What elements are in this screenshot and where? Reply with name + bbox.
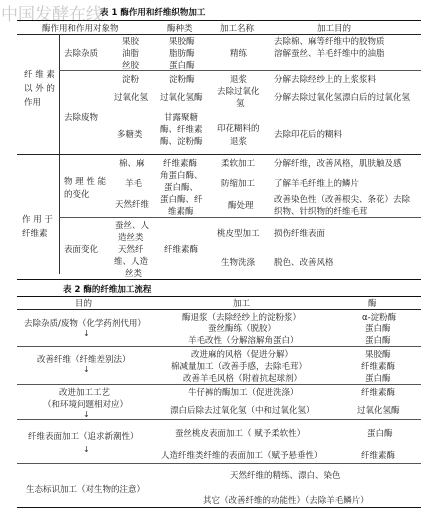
t1-object: 羊毛 [125,177,142,189]
t1-object: 造丝类 [118,231,144,243]
t1-enzyme: 过氧化氢酶 [160,91,203,103]
t1-process: 去除过氧化 [217,85,260,97]
t2-process: 天然纤维的精练、漂白、染色 [230,469,341,481]
t1-enzyme: 维素酶 [168,205,194,217]
t2-enzyme: 果胶酶 [365,348,391,360]
t1-process: 退浆 [230,73,247,85]
t1-enzyme: 纤维素酶 [163,157,197,169]
t1-enzyme: 蛋白酶、纤 [160,193,203,205]
t1-subgroup-physical-line2: 的变化 [64,188,90,200]
t1-purpose: 分解去除经纱上的上浆浆料 [274,73,376,85]
table2-caption: 表 2 酶的纤维加工流程 [63,283,151,295]
t1-enzyme: 酶、纤维素 [160,123,203,135]
t1-header-enzyme: 酶种类 [167,22,193,34]
t2-purpose: 去除杂质/废物（化学药剂代用） [24,317,146,329]
table1-caption: 表 1 酶作用和纤维织物加工 [100,6,205,18]
t1-subgroup-impurity: 去除杂质 [64,47,98,59]
t2-process: 牛仔裤的酶加工（促进洗涤） [188,386,299,398]
t2-process: 改善羊毛风格（附着抗起球剂） [183,372,302,384]
t1-purpose: 分解去除过氧化氢漂白后的过氧化氢 [274,91,410,103]
table2-bottom-rule [17,507,421,508]
t1-process: 生物洗涤 [221,256,255,268]
t1-subgroup-physical-line1: 物 理 性 能 [64,175,106,187]
t2-process: 其它（改善纤维的功能性）（去除羊毛鳞片） [203,494,369,506]
t1-enzyme: 纤维素酶 [164,243,198,255]
t1-process: 印花糊料的 [217,122,260,134]
table1-bottom-rule [17,279,421,280]
t2-purpose: （和环境问题相对应） [43,398,128,410]
t1-process: 精练 [230,47,247,59]
t1-subgroup-rule [59,70,421,71]
t2-header-rule [17,309,421,310]
t2-header-process: 加工 [233,297,250,309]
t1-header-object: 酶作用和作用对象物 [42,22,119,34]
t1-object: 蚕丝、人 [115,219,149,231]
t2-process: 羊毛改性（分解溶解角蛋白） [188,334,299,346]
t1-enzyme: 酶、淀粉酶 [160,135,203,147]
t2-enzyme: 蛋白酶 [365,372,391,384]
down-arrow-icon: ↓ [83,410,90,419]
t1-group-rule [17,154,421,155]
t1-purpose: 脱色、改善风格 [274,256,334,268]
t1-header-purpose: 加工目的 [317,22,351,34]
t1-enzyme: 蛋白酶、 [164,181,198,193]
t2-header-enzyme: 酶 [368,297,377,309]
t2-enzyme: 蛋白酶 [365,322,391,334]
t1-object: 果胶 [122,35,139,47]
t1-purpose: 改善染色性（改善根尖、条花）去除 [274,193,410,205]
t2-section-rule [17,463,421,464]
t1-purpose: 织物、针织物的纤维毛茸 [274,205,368,217]
t1-object: 多糖类 [117,128,143,140]
t1-enzyme: 角蛋白酶、 [160,169,203,181]
t2-enzyme: 纤维素酶 [361,386,395,398]
t2-enzyme: 蛋白酶 [365,334,391,346]
t1-enzyme: 脂肪酶 [169,47,195,59]
t1-process: 退浆 [230,135,247,147]
t2-process: 蚕丝桃皮表面加工（ 赋予柔软性） [175,427,305,439]
t1-object: 天然纤 [118,243,144,255]
down-arrow-icon: ↓ [83,365,90,374]
t1-group1-label-line3: 作用 [24,96,41,108]
t1-enzyme: 果胶酶 [169,35,195,47]
t1-enzyme: 甘露聚糖 [164,111,198,123]
t1-process: 柔软加工 [221,157,255,169]
t2-enzyme: 蛋白酶 [367,427,393,439]
t2-process: 改进麻的风格（促进分解） [191,348,293,360]
t1-purpose: 溶解蚕丝、羊毛纤维中的油脂 [274,47,385,59]
t1-group2-label-line1: 作 用 于 [22,213,53,225]
t1-header-process: 加工名称 [220,22,254,34]
t2-purpose: 改进加工工艺 [59,386,110,398]
t1-object: 淀粉 [122,73,139,85]
t1-process: 氢 [236,97,245,109]
t2-enzyme: 纤维素酶 [361,449,395,461]
t2-process: 棉减量加工（改善手感，去除毛茸） [171,360,307,372]
down-arrow-icon: ↓ [83,329,90,338]
t1-process: 酶处理 [228,199,254,211]
t1-group2-label-line2: 纤维素 [22,227,48,239]
t2-purpose: 纤维表面加工（追求新潮性） [28,430,139,442]
t1-purpose: 去除印花后的糊料 [274,128,342,140]
t2-process: 人造纤维类纤维的表面加工（赋予悬垂性） [161,449,323,461]
t1-purpose: 去除棉、麻等纤维中的胶物质 [274,35,385,47]
t2-purpose: 生态标识加工（对生物的注意） [26,483,145,495]
down-arrow-icon: ↓ [83,445,90,454]
t2-section-rule [17,384,421,385]
t1-object: 天然纤维 [115,198,149,210]
t1-process: 桃皮型加工 [217,227,260,239]
t1-purpose: 了解羊毛纤维上的鳞片 [274,177,359,189]
table1-top-rule [17,20,421,21]
t1-purpose: 分解纤维，改善风格，肌肤触及感 [274,157,402,169]
t2-process: 漂白后除去过氧化氢（中和过氧化氢） [170,404,315,416]
t1-purpose: 损伤纤维表面 [274,227,325,239]
t1-process: 防缩加工 [221,177,255,189]
t2-process: 蚕丝酶练（脱胶） [208,322,276,334]
t2-header-purpose: 目的 [75,297,92,309]
t2-section-rule [17,346,421,347]
t1-group1-label-line1: 纤 维 素 [24,68,55,80]
t2-section-rule [17,419,421,420]
t1-object: 棉、麻 [119,157,145,169]
t2-purpose: 改善纤维（纤维差别法） [37,353,131,365]
t2-enzyme: 过氧化氢酶 [357,404,400,416]
t1-object: 维、人造 [114,255,148,267]
t1-subgroup-surface: 表面变化 [64,243,98,255]
t1-enzyme: 淀粉酶 [169,73,195,85]
t2-enzyme: 纤维素酶 [361,360,395,372]
t1-subgroup-waste: 去除废物 [64,111,98,123]
t1-object: 过氧化氢 [114,91,148,103]
t1-object: 丝类 [125,267,142,279]
t1-object: 油脂 [122,47,139,59]
t1-subgroup-rule [59,217,421,218]
t1-group1-label-line2: 以 外 的 [24,82,55,94]
